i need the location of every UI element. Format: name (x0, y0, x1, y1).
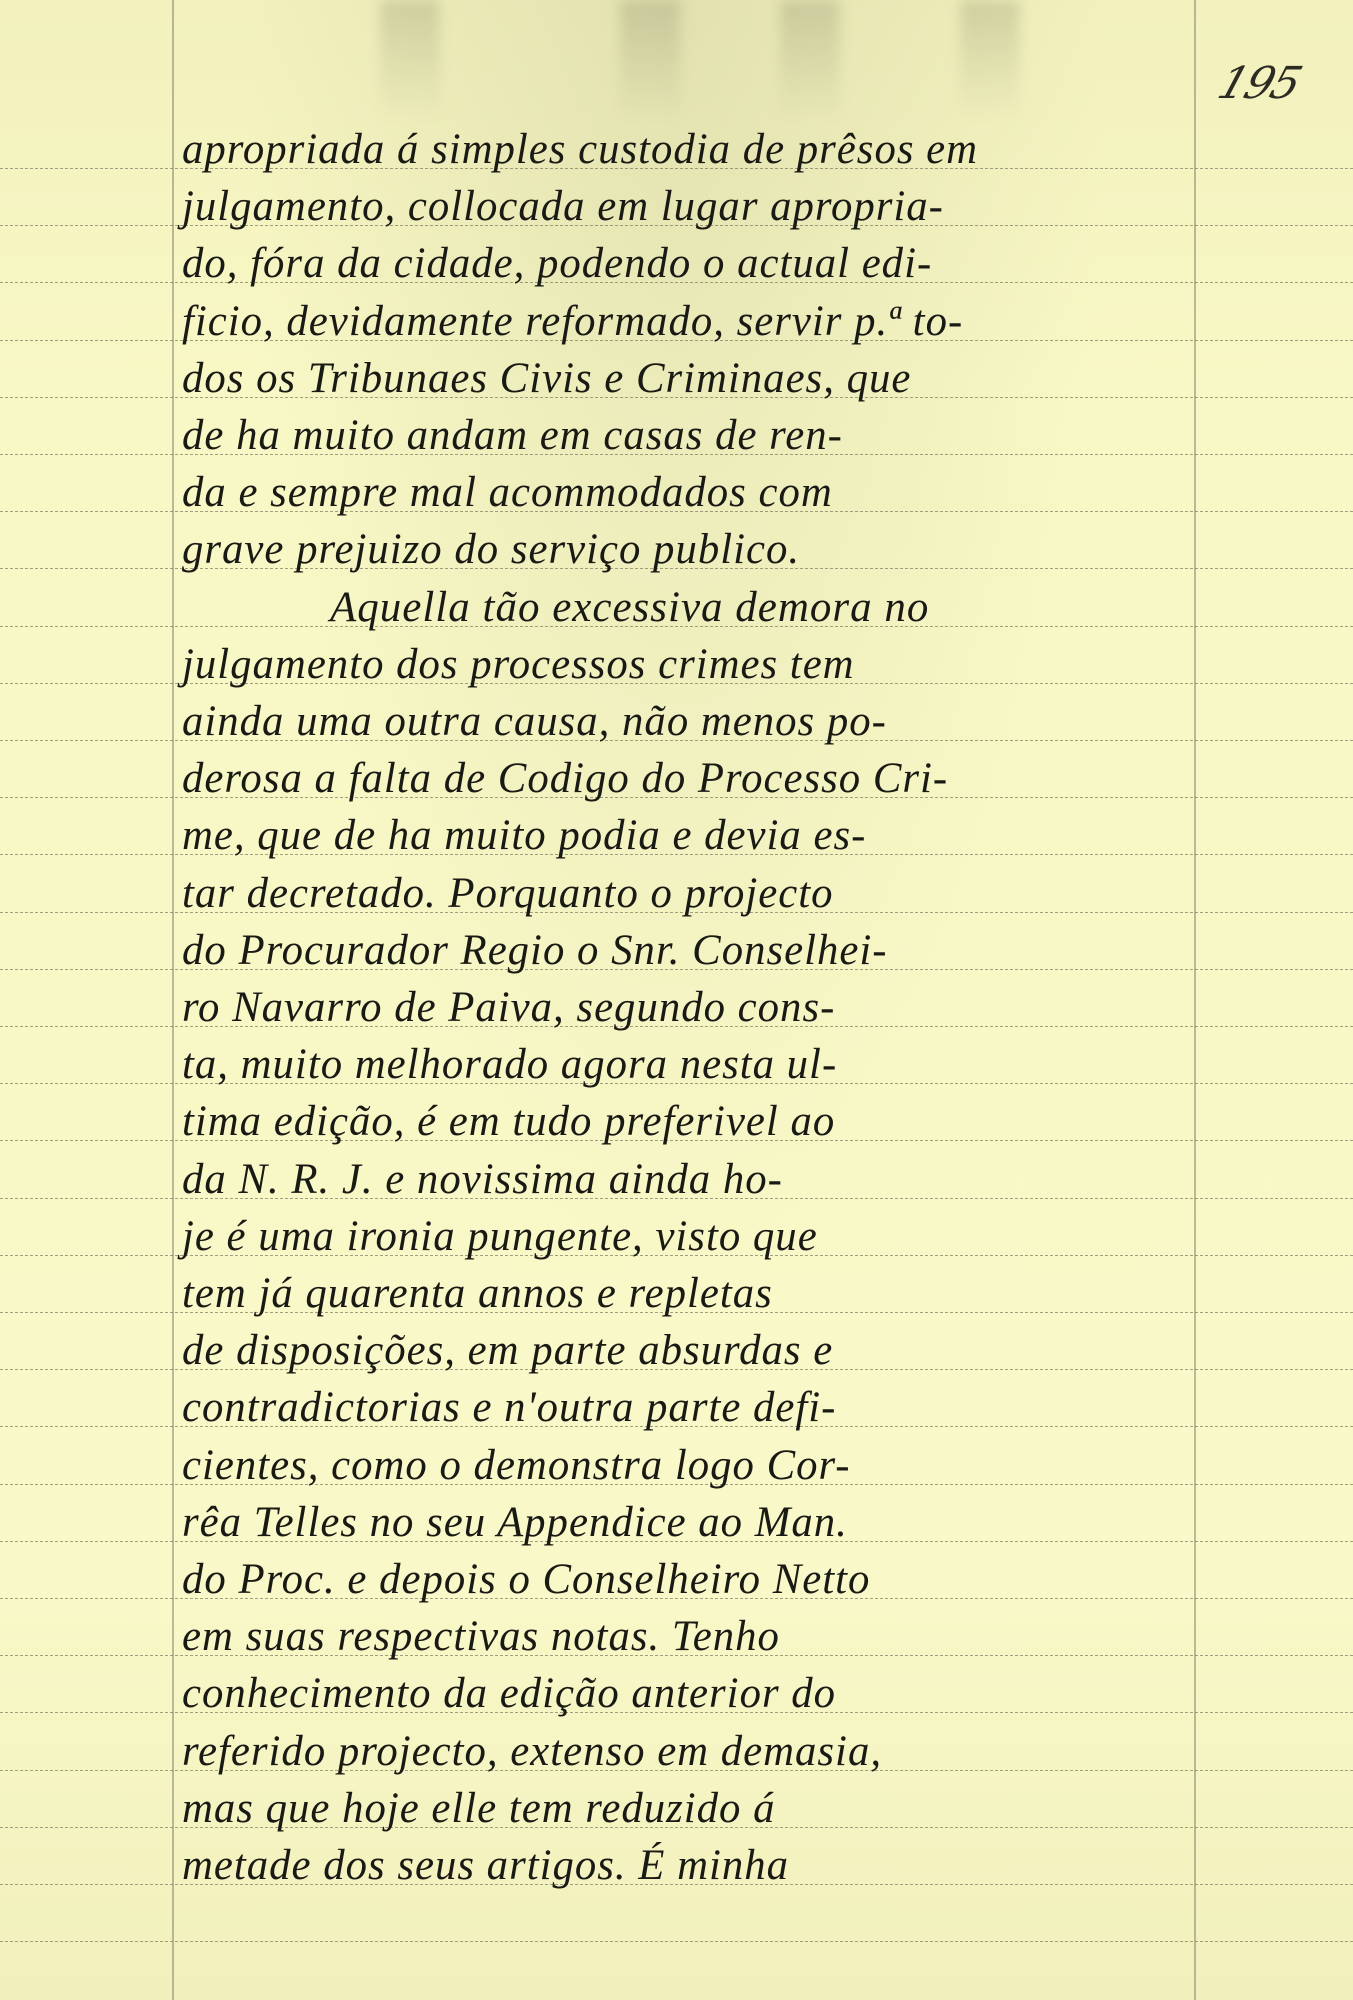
paper-stain (960, 0, 1020, 120)
page-number: 195 (1212, 58, 1307, 109)
manuscript-line: do Proc. e depois o Conselheiro Netto (182, 1558, 1187, 1601)
manuscript-line: julgamento, collocada em lugar apropria- (182, 185, 1187, 228)
manuscript-line: me, que de ha muito podia e devia es- (182, 814, 1187, 857)
manuscript-line: ainda uma outra causa, não menos po- (182, 700, 1187, 743)
manuscript-line: do Procurador Regio o Snr. Conselhei- (182, 929, 1187, 972)
manuscript-line: dos os Tribunaes Civis e Criminaes, que (182, 357, 1187, 400)
ruled-line (0, 1941, 1353, 1942)
manuscript-line: mas que hoje elle tem reduzido á (182, 1787, 1187, 1830)
manuscript-line: da e sempre mal acommodados com (182, 471, 1187, 514)
manuscript-line: ta, muito melhorado agora nesta ul- (182, 1043, 1187, 1086)
manuscript-page: 195 apropriada á simples custodia de prê… (0, 0, 1353, 2000)
manuscript-line: julgamento dos processos crimes tem (182, 643, 1187, 686)
manuscript-line: do, fóra da cidade, podendo o actual edi… (182, 242, 1187, 285)
manuscript-line: derosa a falta de Codigo do Processo Cri… (182, 757, 1187, 800)
left-margin-line (172, 0, 174, 2000)
manuscript-line: tar decretado. Porquanto o projecto (182, 872, 1187, 915)
manuscript-line: cientes, como o demonstra logo Cor- (182, 1444, 1187, 1487)
manuscript-line: je é uma ironia pungente, visto que (182, 1215, 1187, 1258)
paper-stain (620, 0, 680, 120)
manuscript-line: tem já quarenta annos e repletas (182, 1272, 1187, 1315)
right-margin-line (1194, 0, 1196, 2000)
manuscript-line: ro Navarro de Paiva, segundo cons- (182, 986, 1187, 1029)
manuscript-line: metade dos seus artigos. É minha (182, 1844, 1187, 1887)
manuscript-line: Aquella tão excessiva demora no (330, 586, 1190, 629)
manuscript-line: grave prejuizo do serviço publico. (182, 528, 1187, 571)
manuscript-line: apropriada á simples custodia de prêsos … (182, 128, 1187, 171)
manuscript-line: ficio, devidamente reformado, servir p.ª… (182, 300, 1187, 343)
manuscript-line: rêa Telles no seu Appendice ao Man. (182, 1501, 1187, 1544)
manuscript-line: tima edição, é em tudo preferivel ao (182, 1100, 1187, 1143)
manuscript-line: de ha muito andam em casas de ren- (182, 414, 1187, 457)
manuscript-line: em suas respectivas notas. Tenho (182, 1615, 1187, 1658)
manuscript-line: contradictorias e n'outra parte defi- (182, 1386, 1187, 1429)
manuscript-line: da N. R. J. e novissima ainda ho- (182, 1158, 1187, 1201)
manuscript-line: conhecimento da edição anterior do (182, 1672, 1187, 1715)
manuscript-line: referido projecto, extenso em demasia, (182, 1730, 1187, 1773)
paper-stain (780, 0, 840, 120)
manuscript-line: de disposições, em parte absurdas e (182, 1329, 1187, 1372)
paper-stain (380, 0, 440, 120)
